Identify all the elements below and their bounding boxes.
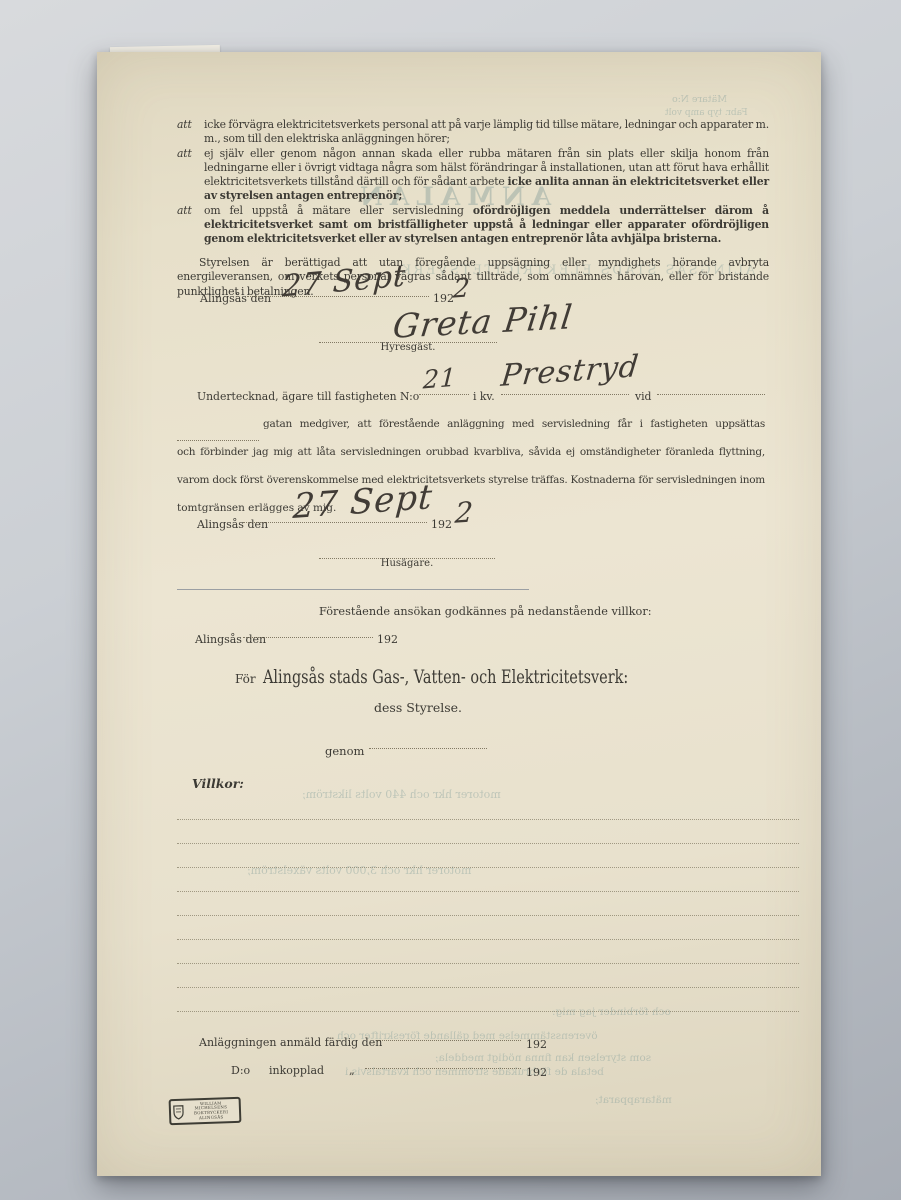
year-prefix: 192	[431, 518, 452, 531]
section-divider	[177, 589, 529, 590]
clause-att-label: att	[177, 147, 192, 161]
genom-label: genom	[325, 744, 364, 758]
owner-line2: gatan medgiver, att förestående anläggni…	[177, 418, 765, 431]
ruled-line	[177, 914, 799, 916]
bleedthrough-text: mätarapparat;	[595, 1094, 672, 1106]
tenant-role-label: Hyresgäst.	[319, 342, 497, 353]
owner-line1-pre: Undertecknad, ägare till fastigheten N:o	[197, 390, 419, 403]
owner-line3-text: och förbinder jag mig att låta servisled…	[177, 446, 765, 459]
photo-backdrop: Mätare N:o Fabr. typ amp volt ANMÄLAN AL…	[0, 0, 901, 1200]
printer-shield-icon	[173, 1104, 185, 1119]
org-prefix: För	[235, 672, 256, 686]
clause-text: icke förvägra elektricitetsverkets perso…	[204, 118, 769, 145]
clause-att-label: att	[177, 118, 192, 132]
clause-att-label: att	[177, 204, 192, 218]
org-sub-label: dess Styrelse.	[374, 700, 462, 715]
org-name: Alingsås stads Gas-, Vatten- och Elektri…	[263, 667, 628, 688]
date-fill-line	[243, 625, 373, 638]
bleedthrough-text: motorer hkr och 440 volts likström;	[302, 788, 501, 801]
owner-line2-text: gatan medgiver, att förestående anläggni…	[263, 418, 765, 431]
owner-role-label: Husägare.	[319, 558, 495, 569]
obligation-clauses: atticke förvägra elektricitetsverkets pe…	[177, 118, 769, 247]
handwritten-year-digit: 2	[452, 273, 472, 304]
owner-line4-text: varom dock först överenskommelse med ele…	[177, 474, 765, 487]
printer-mark: WILLIAM MICHELSENS BOKTRYCKERI ALINGSÅS	[169, 1097, 242, 1125]
completed-label: Anläggningen anmäld färdig den	[199, 1036, 382, 1049]
clause-item: attej själv eller genom någon annan skad…	[177, 147, 769, 204]
bleedthrough-text: Fabr. typ amp volt	[665, 108, 748, 118]
ditto-mark: „	[349, 1064, 355, 1077]
approval-heading: Förestående ansökan godkännes på nedanst…	[319, 605, 652, 618]
ruled-line	[177, 890, 799, 892]
street-fill-line	[177, 428, 259, 441]
clause-item: attom fel uppstå å mätare eller servisle…	[177, 204, 769, 247]
year-prefix: 192	[377, 633, 398, 646]
villkor-label: Villkor:	[192, 776, 244, 791]
ruled-line	[177, 1010, 799, 1012]
ruled-line	[177, 986, 799, 988]
bleedthrough-text: Mätare N:o	[672, 94, 727, 105]
handwritten-year-digit: 2	[454, 495, 475, 530]
ditto-label: D:o	[231, 1064, 250, 1077]
fill-line	[365, 1056, 521, 1069]
document-paper: Mätare N:o Fabr. typ amp volt ANMÄLAN AL…	[97, 52, 821, 1176]
clause-item: atticke förvägra elektricitetsverkets pe…	[177, 118, 769, 147]
year-prefix: 192	[526, 1066, 547, 1079]
ruled-line	[177, 938, 799, 940]
printer-line: ALINGSÅS	[185, 1114, 237, 1120]
genom-fill-line	[369, 736, 487, 749]
bleedthrough-text: och förbinder jag mig:	[552, 1006, 671, 1018]
year-prefix: 192	[526, 1038, 547, 1051]
clause-text: om fel uppstå å mätare eller servisledni…	[204, 204, 473, 217]
owner-line1-post: vid	[635, 390, 651, 403]
printer-mark-text: WILLIAM MICHELSENS BOKTRYCKERI ALINGSÅS	[185, 1101, 238, 1121]
handwritten-property-number: 21	[422, 362, 457, 394]
ruled-line	[177, 962, 799, 964]
ruled-line	[177, 866, 799, 868]
ruled-line	[177, 842, 799, 844]
owner-line1-mid: i kv.	[473, 390, 495, 403]
organization-line: För Alingsås stads Gas-, Vatten- och Ele…	[235, 667, 731, 688]
connected-label: inkopplad	[269, 1064, 324, 1077]
fill-line	[377, 1028, 521, 1041]
ruled-line	[177, 818, 799, 820]
fill-line	[657, 382, 765, 395]
